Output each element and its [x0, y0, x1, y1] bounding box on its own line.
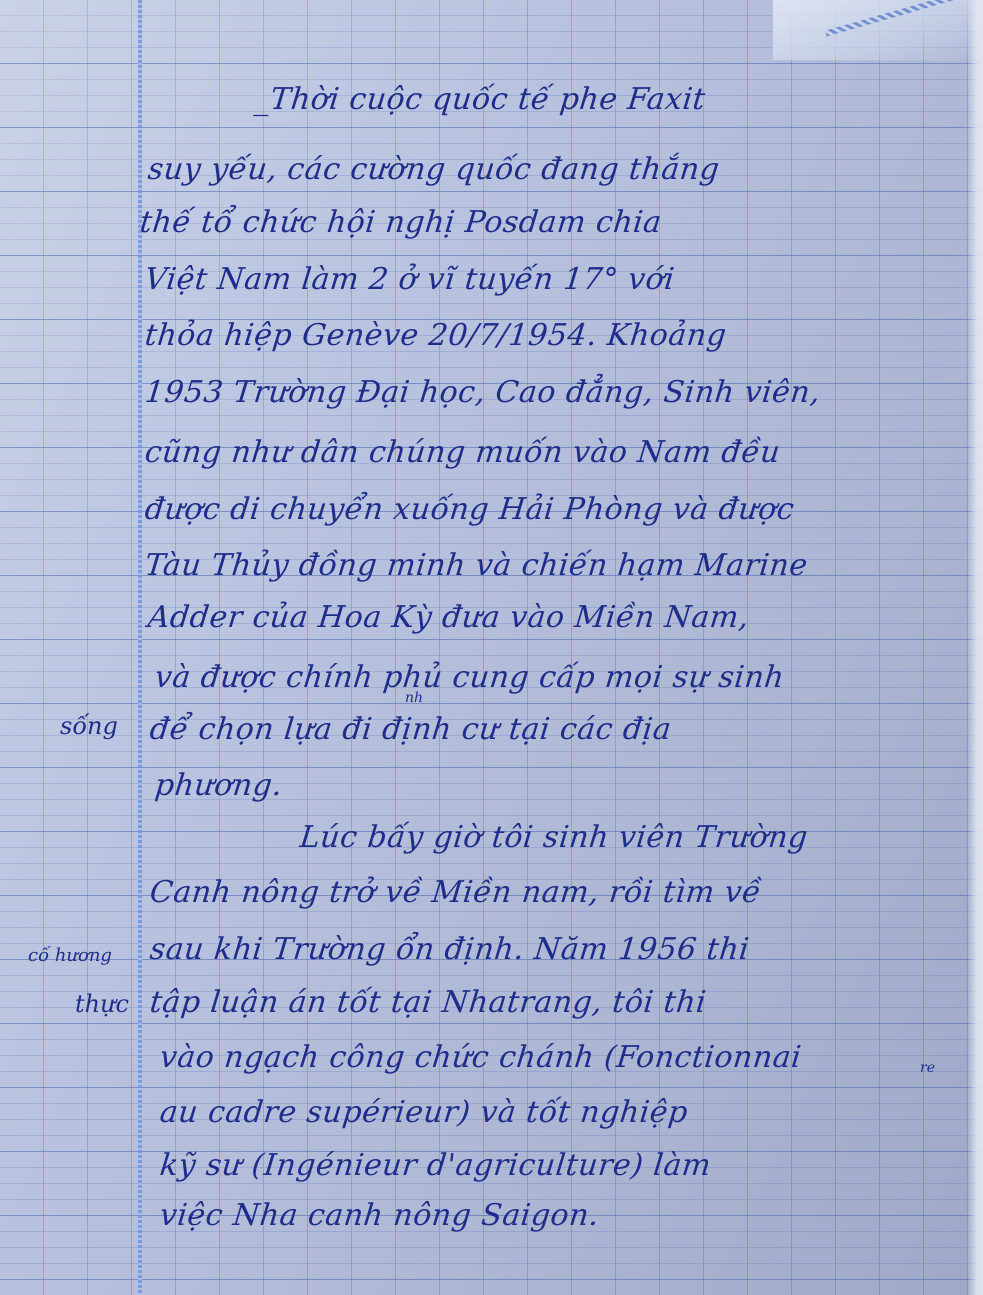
margin-note: thực — [75, 990, 129, 1018]
text-line: _Thời cuộc quốc tế phe Faxit — [253, 82, 707, 117]
text-line: suy yếu, các cường quốc đang thắng — [146, 152, 721, 187]
text-line: được di chuyển xuống Hải Phòng và được — [143, 492, 796, 527]
handwritten-text: _Thời cuộc quốc tế phe Faxit suy yếu, cá… — [0, 0, 983, 1295]
margin-note: cố hương — [28, 945, 112, 966]
text-line: kỹ sư (Ingénieur d'agriculture) làm — [158, 1148, 713, 1183]
text-line: sau khi Trường ổn định. Năm 1956 thi — [148, 932, 751, 967]
text-line: Lúc bấy giờ tôi sinh viên Trường — [298, 820, 810, 855]
text-line: Tàu Thủy đồng minh và chiến hạm Marine — [143, 548, 809, 583]
text-line: việc Nha canh nông Saigon. — [158, 1198, 601, 1233]
text-line: thế tổ chức hội nghị Posdam chia — [138, 205, 663, 240]
text-line: thỏa hiệp Genève 20/7/1954. Khoảng — [143, 318, 728, 353]
text-line: au cadre supérieur) và tốt nghiệp — [158, 1095, 689, 1130]
text-line: tập luận án tốt tại Nhatrang, tôi thi — [148, 985, 708, 1020]
interlinear-note: re — [920, 1060, 935, 1076]
notebook-page: _Thời cuộc quốc tế phe Faxit suy yếu, cá… — [0, 0, 983, 1295]
text-line: phương. — [153, 768, 284, 803]
text-line: và được chính phủ cung cấp mọi sự sinh — [153, 660, 786, 695]
interlinear-note: nh — [405, 690, 423, 706]
text-line: Canh nông trở về Miền nam, rồi tìm về — [148, 875, 763, 910]
text-line: 1953 Trường Đại học, Cao đẳng, Sinh viên… — [143, 375, 822, 410]
text-line: vào ngạch công chức chánh (Fonctionnai — [158, 1040, 803, 1075]
text-line: Adder của Hoa Kỳ đưa vào Miền Nam, — [146, 600, 751, 635]
text-line: để chọn lựa đi định cư tại các địa — [148, 712, 673, 747]
text-line: cũng như dân chúng muốn vào Nam đều — [143, 435, 782, 470]
margin-note: sống — [60, 712, 118, 740]
text-line: Việt Nam làm 2 ở vĩ tuyến 17° với — [143, 262, 676, 297]
